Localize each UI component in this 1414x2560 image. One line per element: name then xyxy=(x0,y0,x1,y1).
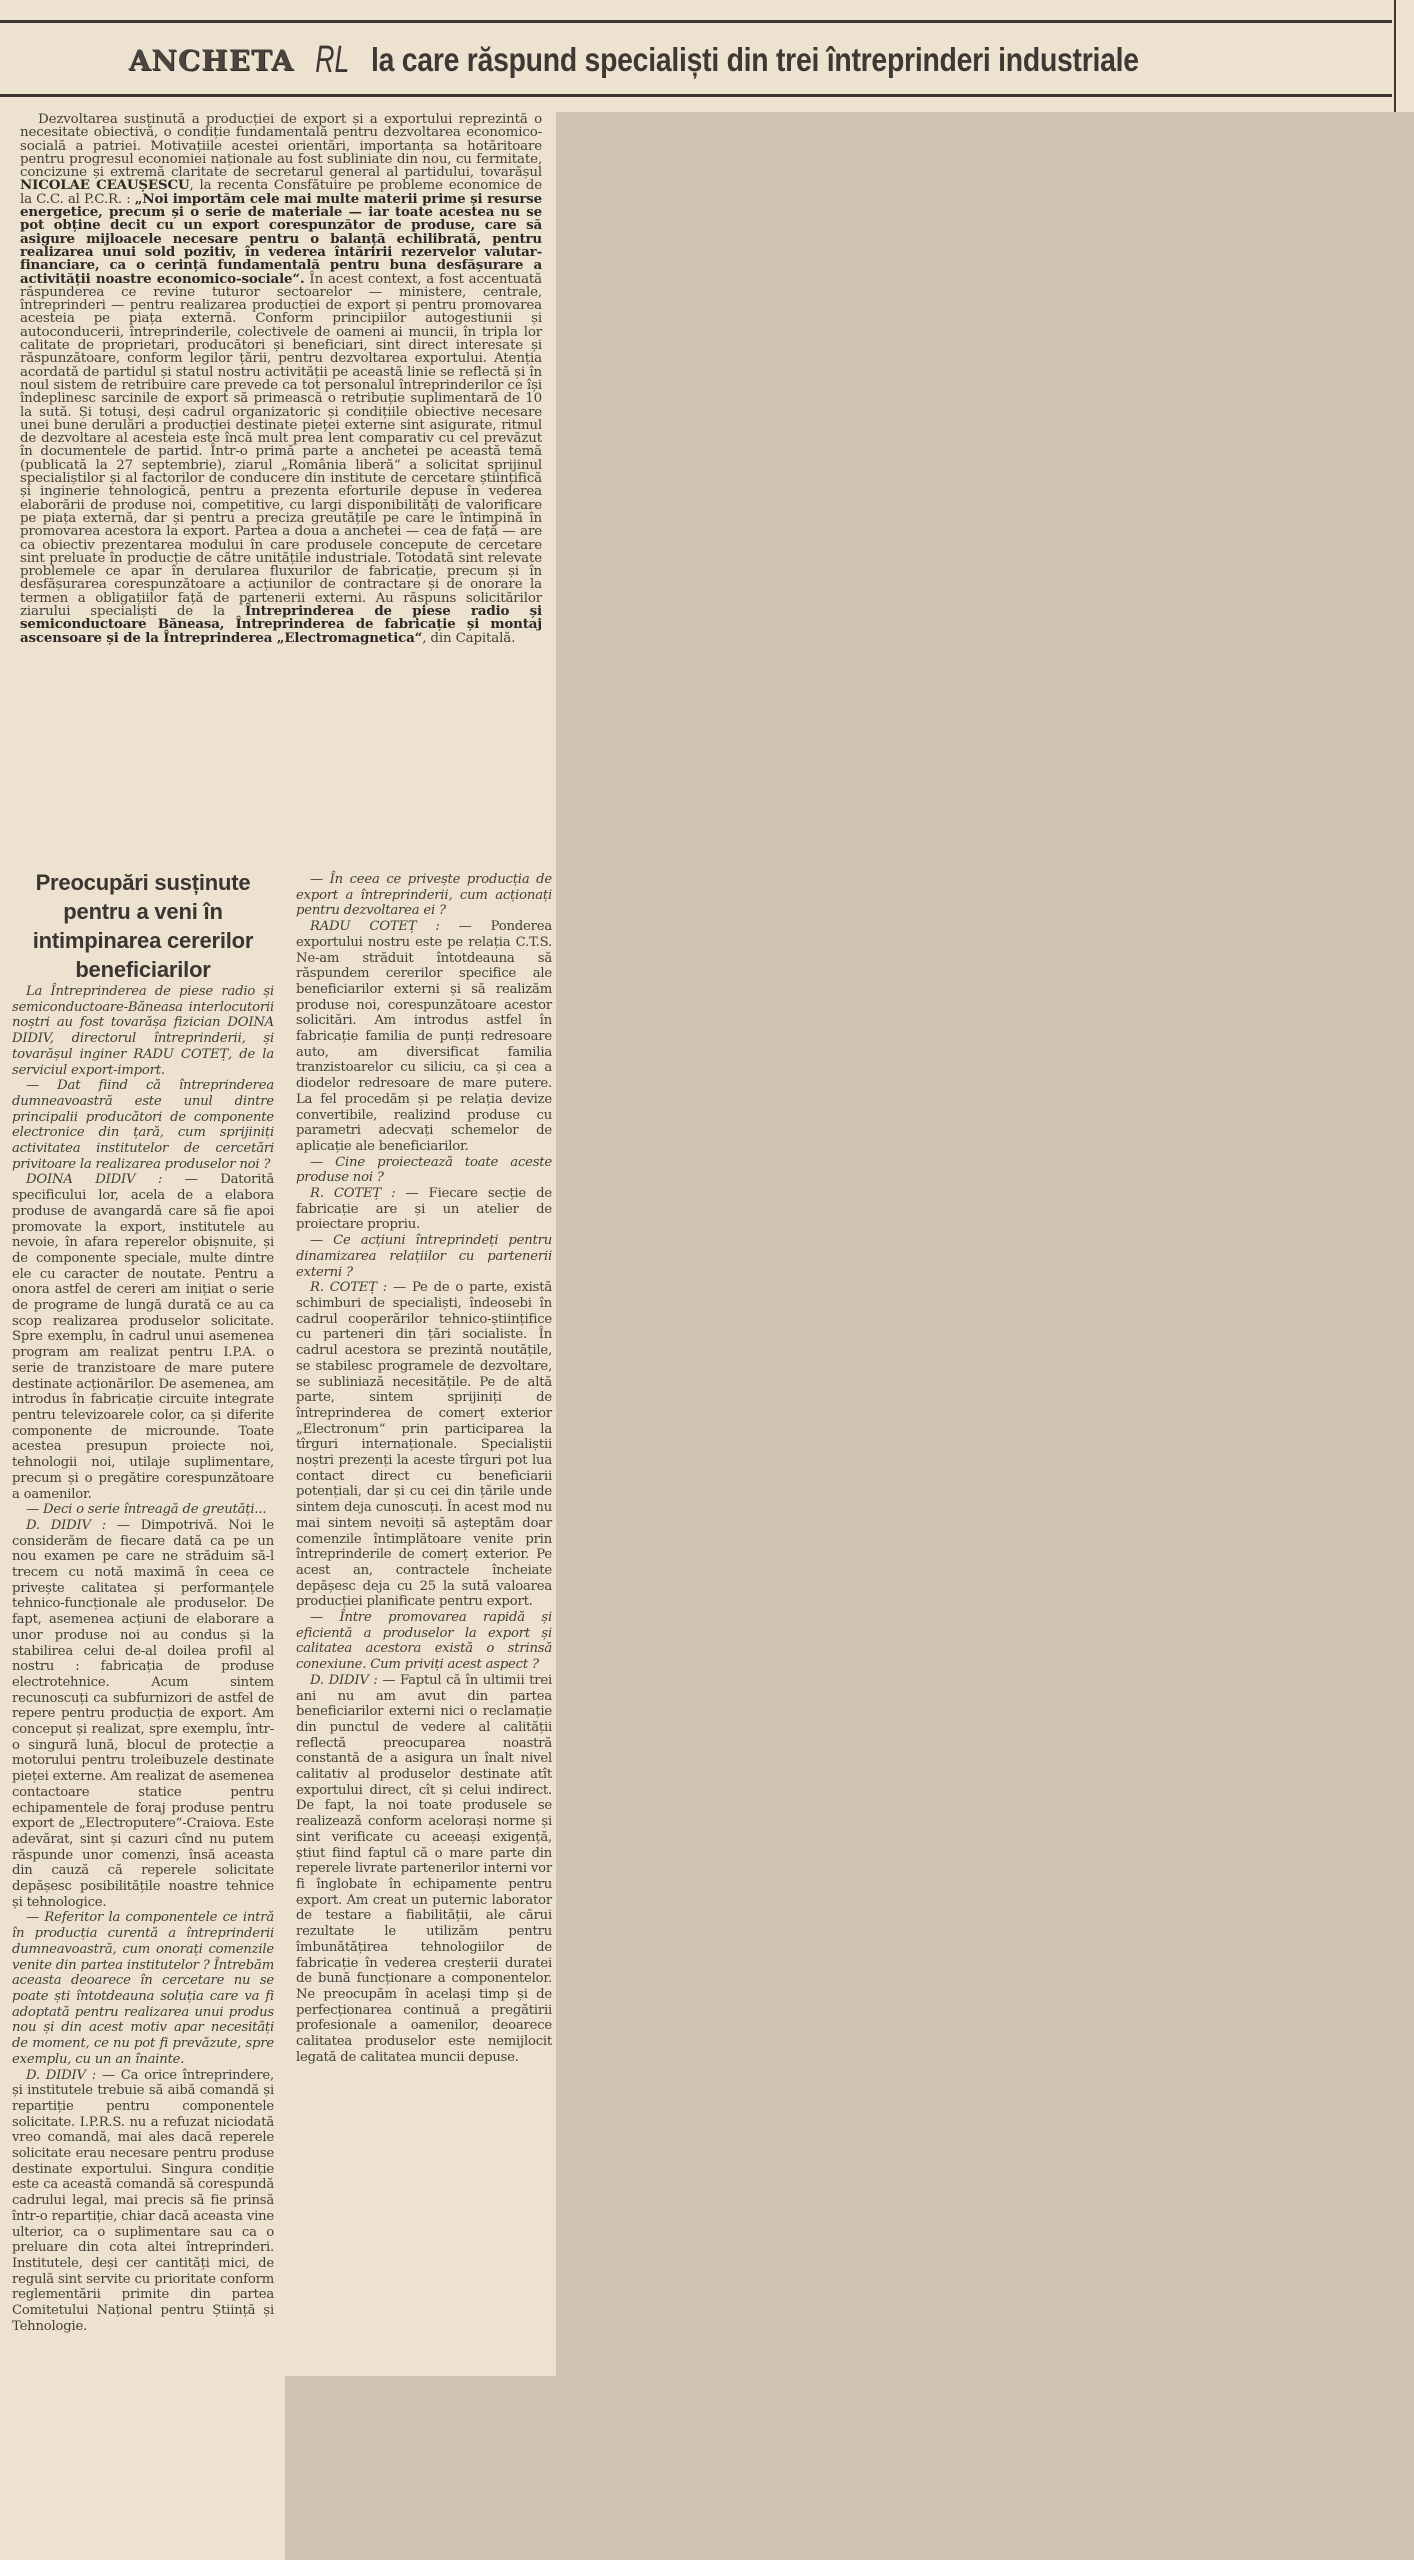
answer-1: DOINA DIDIV : — Datorită specificului lo… xyxy=(12,1172,274,1502)
answer-2: D. DIDIV : — Dimpotrivă. Noi le consider… xyxy=(12,1518,274,1911)
speaker: RADU COTEȚ : — xyxy=(310,919,472,934)
question-3: — Referitor la componentele ce intră în … xyxy=(12,1910,274,2067)
answer-6: R. COTEȚ : — Pe de o parte, există schim… xyxy=(296,1280,552,1610)
question-4: — În ceea ce privește producția de expor… xyxy=(296,872,552,919)
article-column-2: — În ceea ce privește producția de expor… xyxy=(296,872,552,2065)
article-column-1: Preocupări susținute pentru a veni în in… xyxy=(12,868,274,2334)
masked-region-right xyxy=(556,112,1414,2560)
question-1: — Dat fiind că întreprinderea dumneavoas… xyxy=(12,1078,274,1172)
masked-region-bottom xyxy=(285,2376,557,2560)
intro-paragraph: Dezvoltarea susținută a producției de ex… xyxy=(20,113,542,645)
question-2: — Deci o serie întreagă de greutăți... xyxy=(12,1502,274,1518)
speaker: R. COTEȚ : — xyxy=(310,1186,419,1201)
headline-banner: ANCHETA RL la care răspund specialiști d… xyxy=(0,30,1392,90)
speaker: DOINA DIDIV : — xyxy=(26,1172,198,1187)
answer-4: RADU COTEȚ : — Ponderea exportului nostr… xyxy=(296,919,552,1155)
page-title: la care răspund specialiști din trei înt… xyxy=(371,41,1139,79)
question-5: — Cine proiectează toate aceste produse … xyxy=(296,1155,552,1186)
speaker: R. COTEȚ : — xyxy=(310,1280,406,1295)
speaker: D. DIDIV : — xyxy=(26,2068,115,2083)
answer-3: D. DIDIV : — Ca orice întreprindere, și … xyxy=(12,2068,274,2335)
question-7: — Între promovarea rapidă și eficientă a… xyxy=(296,1610,552,1673)
newspaper-logo: RL xyxy=(315,39,349,82)
headline-bottom-rule xyxy=(0,94,1392,97)
answer-7: D. DIDIV : — Faptul că în ultimii trei a… xyxy=(296,1673,552,2066)
answer-3-text: Ca orice întreprindere, și institutele t… xyxy=(12,2068,274,2334)
section-kicker: ANCHETA xyxy=(129,44,294,77)
speaker: D. DIDIV : — xyxy=(26,1518,130,1533)
lead-paragraph: La Întreprinderea de piese radio și semi… xyxy=(12,984,274,1078)
column-divider-rule xyxy=(1394,0,1396,112)
answer-5: R. COTEȚ : — Fiecare secție de fabricați… xyxy=(296,1186,552,1233)
section-subhead: Preocupări susținute pentru a veni în in… xyxy=(12,868,274,984)
speaker: D. DIDIV : — xyxy=(310,1673,395,1688)
headline-top-rule xyxy=(0,20,1392,23)
question-6: — Ce acțiuni întreprindeți pentru dinami… xyxy=(296,1233,552,1280)
